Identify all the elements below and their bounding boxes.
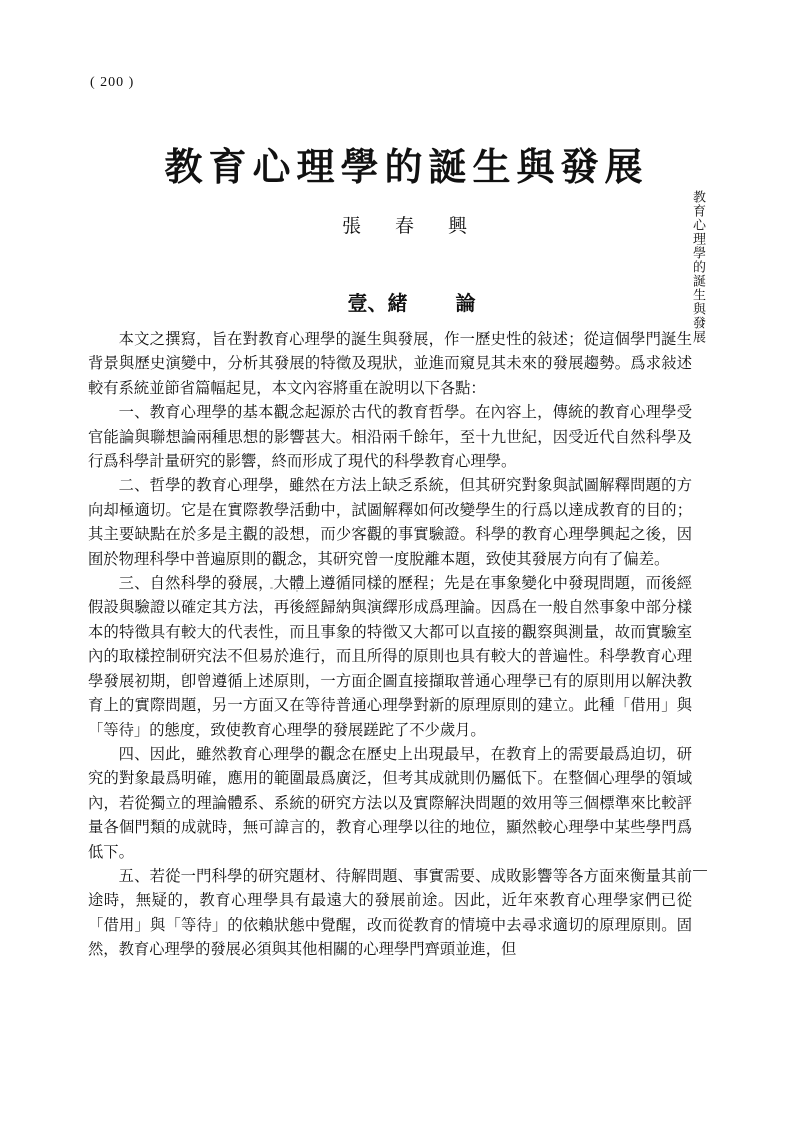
author-name: 張 春 興 [0,211,793,238]
scan-speck [270,587,273,589]
section-heading-word: 論 [456,291,476,315]
article-title: 教育心理學的誕生與發展 [0,136,793,191]
page-number: ( 200 ) [90,75,134,91]
paragraph-point-5: 五、若從一門科學的研究題材、待解問題、事實需要、成敗影響等各方面來衡量其前途時，… [88,864,692,962]
paragraph-point-2: 二、哲學的教育心理學，雖然在方法上缺乏系統，但其研究對象與試圖解釋問題的方向却極… [88,473,692,571]
paragraph-point-4: 四、因此，雖然教育心理學的觀念在歷史上出現最早，在教育上的需要最爲迫切，研究的對… [88,742,692,864]
scan-speck [296,590,298,592]
running-head: 教育心理學的誕生與發展 [688,190,704,344]
scan-speck [318,585,320,587]
paragraph-intro: 本文之撰寫，旨在對教育心理學的誕生與發展，作一歷史性的敍述；從這個學門誕生背景與… [88,327,692,400]
paragraph-point-1: 一、教育心理學的基本觀念起源於古代的教育哲學。在內容上，傳統的教育心理學受官能論… [88,400,692,473]
margin-mark [693,870,707,871]
section-heading: 壹、緒論 [0,287,793,316]
article-body: 本文之撰寫，旨在對教育心理學的誕生與發展，作一歷史性的敍述；從這個學門誕生背景與… [88,327,692,962]
section-heading-number: 壹、緒 [348,291,408,315]
paragraph-point-3: 三、自然科學的發展，大體上遵循同樣的歷程；先是在事象變化中發現問題，而後經假設與… [88,571,692,742]
